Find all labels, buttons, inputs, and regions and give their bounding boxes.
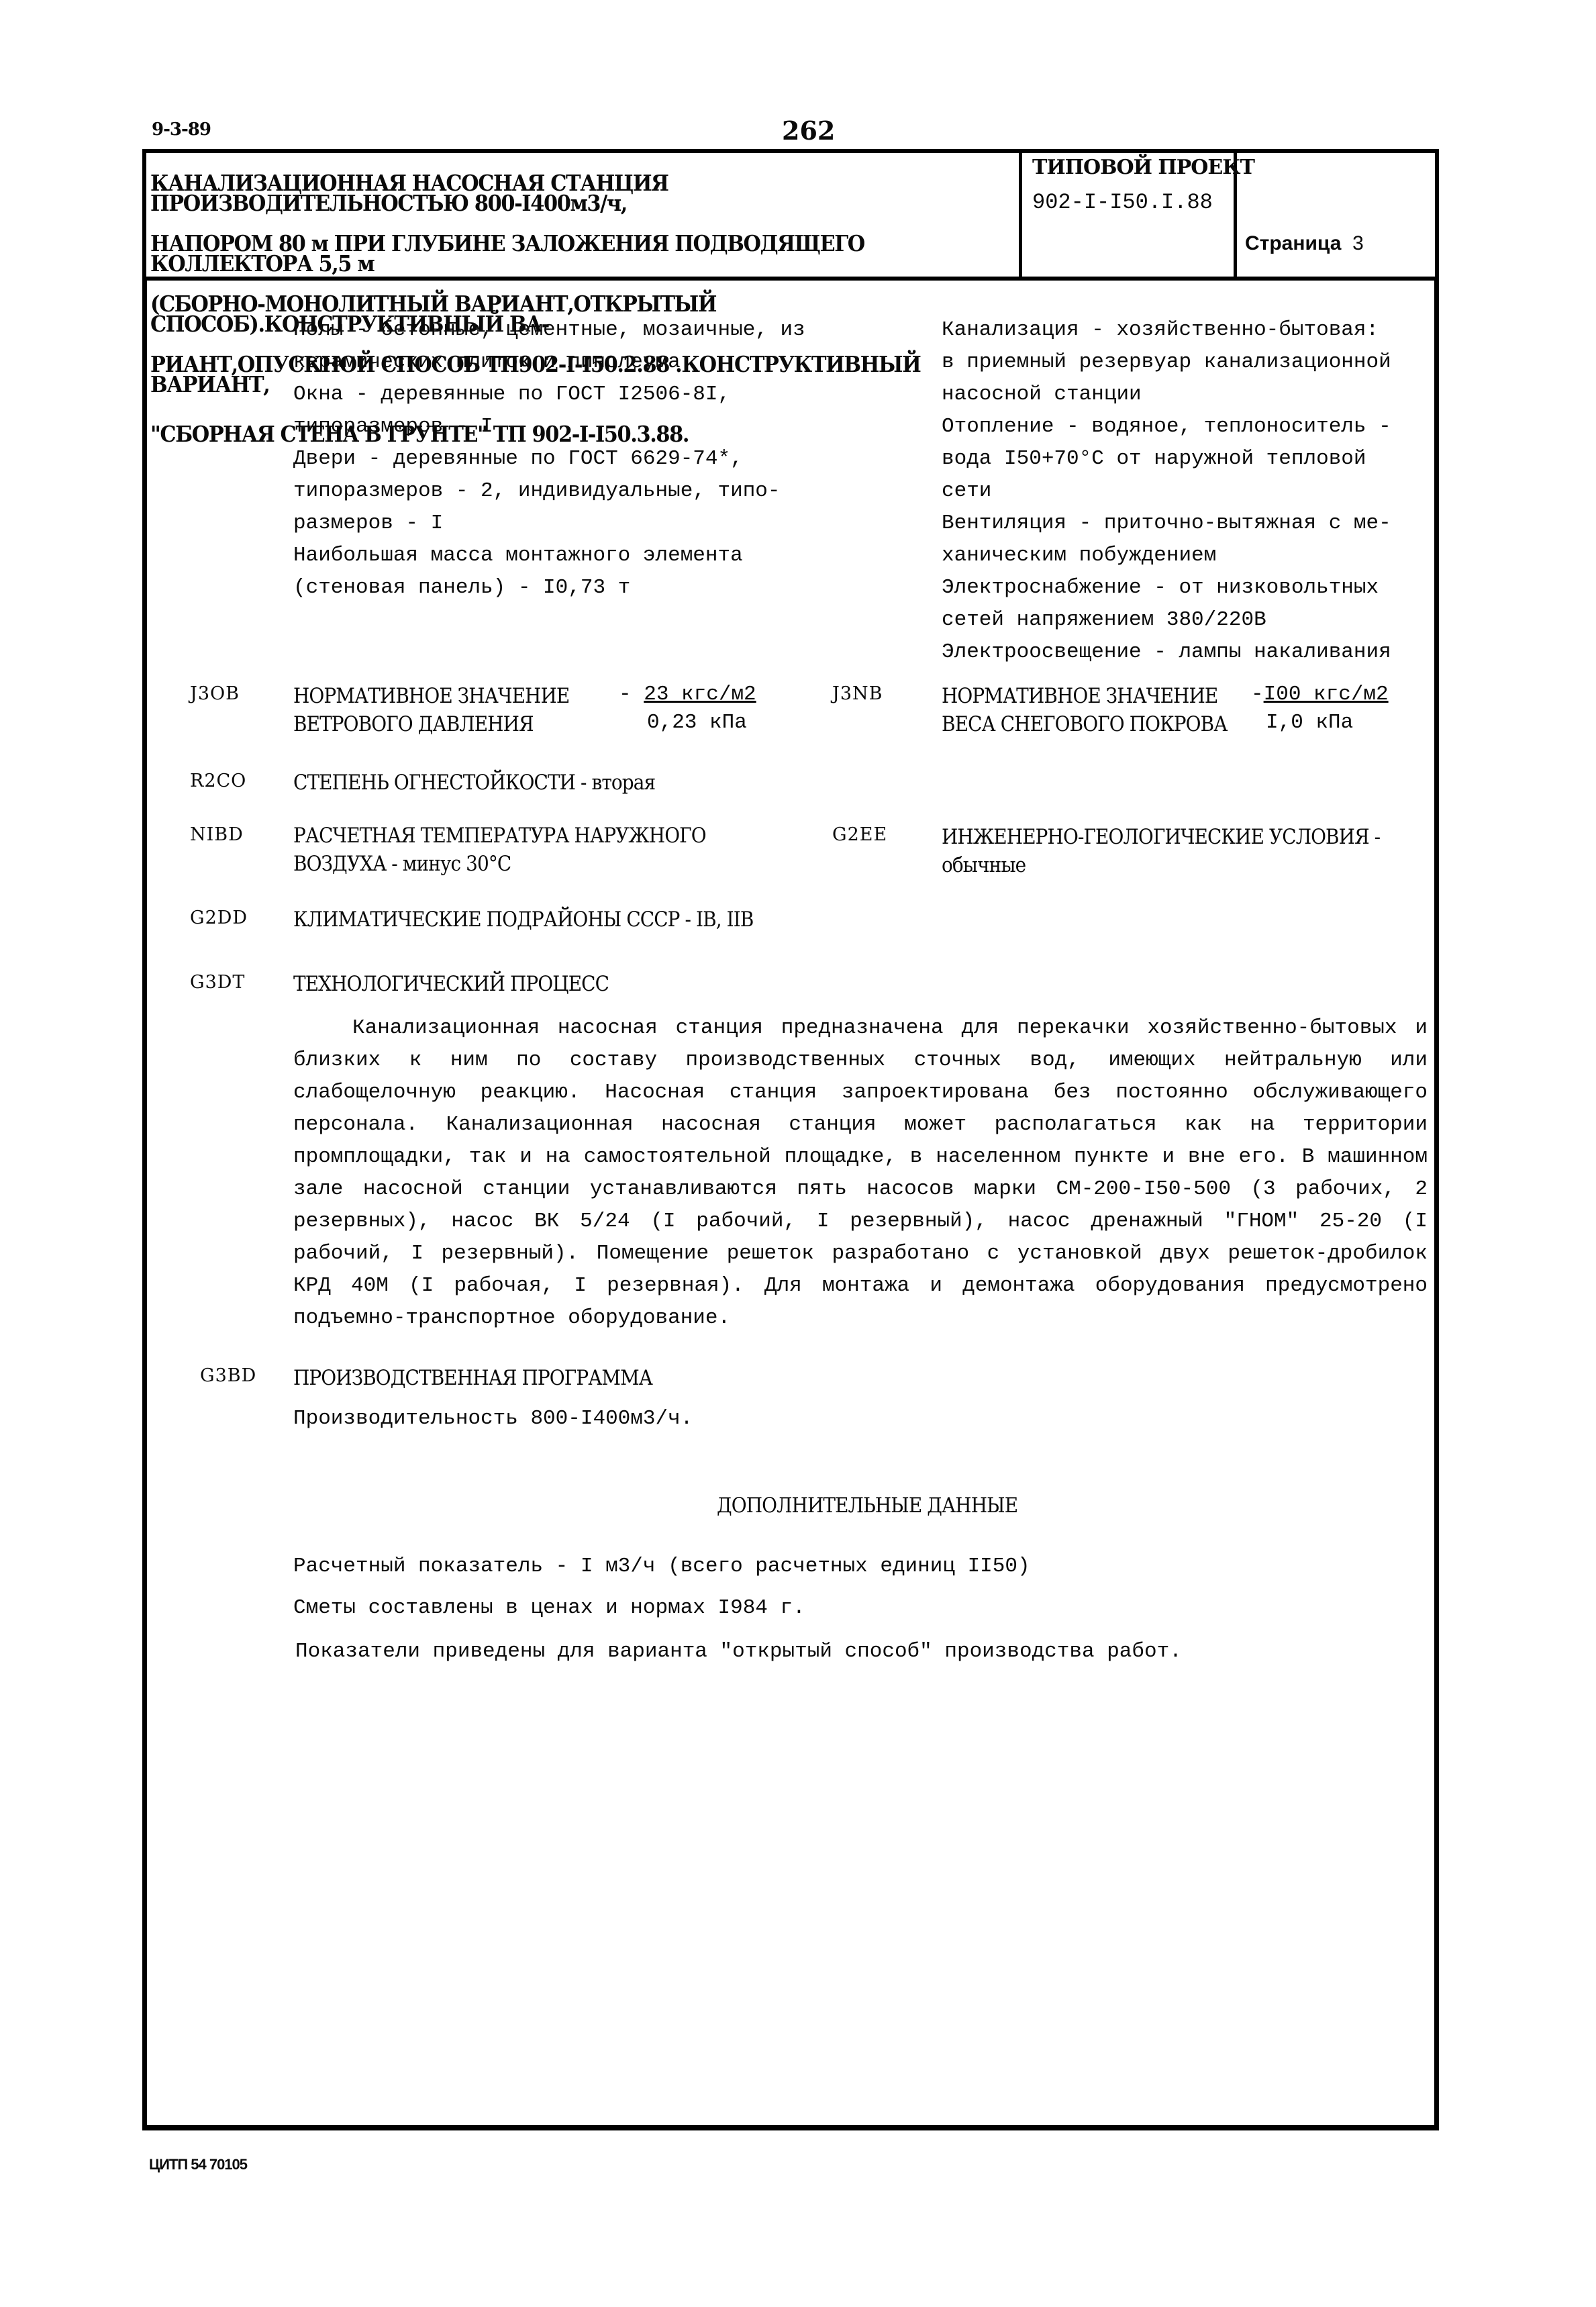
spec-line: Наибольшая масса монтажного элемента — [293, 540, 805, 572]
process-title: ТЕХНОЛОГИЧЕСКИЙ ПРОЦЕСС — [293, 970, 609, 998]
additional-line: Показатели приведены для варианта "откры… — [295, 1636, 1182, 1668]
spec-line: Вентиляция - приточно-вытяжная с ме- — [942, 507, 1391, 540]
snow-load-label: НОРМАТИВНОЕ ЗНАЧЕНИЕ ВЕСА СНЕГОВОГО ПОКР… — [942, 682, 1227, 738]
spec-line: ханическим побуждением — [942, 540, 1391, 572]
building-specs: Полы - бетонные, цементные, мозаичные, и… — [293, 314, 805, 604]
spec-line: (стеновая панель) - I0,73 т — [293, 572, 805, 604]
spec-line: вода I50+70°C от наружной тепловой — [942, 443, 1391, 475]
spec-line: Электроосвещение - лампы накаливания — [942, 636, 1391, 669]
header-title-line: КАНАЛИЗАЦИОННАЯ НАСОСНАЯ СТАНЦИЯ ПРОИЗВО… — [150, 173, 953, 213]
footer-code: ЦИТП 54 70105 — [149, 2156, 247, 2173]
program-title: ПРОИЗВОДСТВЕННАЯ ПРОГРАММА — [293, 1364, 652, 1392]
page-value: 3 — [1352, 232, 1364, 254]
spec-line: типоразмеров - I — [293, 411, 805, 443]
spec-line: Окна - деревянные по ГОСТ I2506-8I, — [293, 379, 805, 411]
process-description: Канализационная насосная станция предназ… — [293, 1012, 1428, 1334]
spec-line: Полы - бетонные, цементные, мозаичные, и… — [293, 314, 805, 346]
snow-value-kgf: I00 кгс/м2 — [1264, 683, 1389, 706]
section-code-snow: J3NB — [832, 683, 883, 704]
section-code-process: G3DT — [190, 972, 245, 993]
geological-conditions: ИНЖЕНЕРНО-ГЕОЛОГИЧЕСКИЕ УСЛОВИЯ - обычны… — [942, 823, 1380, 879]
spec-line: типоразмеров - 2, индивидуальные, типо- — [293, 475, 805, 507]
snow-value-kpa: I,0 кПа — [1251, 709, 1389, 737]
program-capacity: Производительность 800-I400м3/ч. — [293, 1403, 693, 1435]
additional-line: Сметы составлены в ценах и нормах I984 г… — [293, 1592, 805, 1624]
header-title-line: НАПОРОМ 80 м ПРИ ГЛУБИНЕ ЗАЛОЖЕНИЯ ПОДВО… — [150, 234, 953, 274]
page-indicator: Страница 3 — [1245, 232, 1364, 255]
wind-value-kpa: 0,23 кПа — [619, 709, 756, 737]
wind-load-value: - 23 кгс/м2 0,23 кПа — [619, 681, 756, 737]
document-code: 9-3-89 — [152, 119, 211, 140]
spec-line: керамических плиток и линолеума — [293, 346, 805, 379]
wind-value-kgf: 23 кгс/м2 — [644, 683, 756, 706]
engineering-specs: Канализация - хозяйственно-бытовая: в пр… — [942, 314, 1391, 669]
wind-load-label: НОРМАТИВНОЕ ЗНАЧЕНИЕ ВЕТРОВОГО ДАВЛЕНИЯ — [293, 682, 569, 738]
spec-line: сетей напряжением 380/220В — [942, 604, 1391, 636]
design-temperature: РАСЧЕТНАЯ ТЕМПЕРАТУРА НАРУЖНОГО ВОЗДУХА … — [293, 822, 706, 878]
additional-line: Расчетный показатель - I м3/ч (всего рас… — [293, 1551, 1030, 1583]
page-number: 262 — [782, 115, 835, 146]
spec-line: в приемный резервуар канализационной — [942, 346, 1391, 379]
spec-line: Канализация - хозяйственно-бытовая: — [942, 314, 1391, 346]
project-code: 902-I-I50.I.88 — [1032, 190, 1213, 215]
snow-load-value: -I00 кгс/м2 I,0 кПа — [1251, 681, 1389, 737]
section-code-program: G3BD — [200, 1365, 256, 1386]
spec-line: насосной станции — [942, 379, 1391, 411]
spec-line: Электроснабжение - от низковольтных — [942, 572, 1391, 604]
spec-line: Отопление - водяное, теплоноситель - — [942, 411, 1391, 443]
section-code-climate: G2DD — [190, 907, 248, 928]
spec-line: Двери - деревянные по ГОСТ 6629-74*, — [293, 443, 805, 475]
section-code-temp: NIBD — [190, 824, 244, 845]
section-code-wind: J3OB — [190, 683, 240, 704]
spec-line: размеров - I — [293, 507, 805, 540]
page-label: Страница — [1245, 232, 1341, 254]
section-code-geo: G2EE — [832, 824, 887, 845]
header-divider — [1019, 149, 1022, 281]
climate-subregions: КЛИМАТИЧЕСКИЕ ПОДРАЙОНЫ СССР - IB, IIB — [293, 905, 754, 934]
spec-line: сети — [942, 475, 1391, 507]
project-label: ТИПОВОЙ ПРОЕКТ — [1032, 156, 1254, 179]
fire-resistance: СТЕПЕНЬ ОГНЕСТОЙКОСТИ - вторая — [293, 769, 655, 797]
section-code-fire: R2CO — [190, 771, 246, 791]
additional-data-title: ДОПОЛНИТЕЛЬНЫЕ ДАННЫЕ — [717, 1491, 1017, 1520]
